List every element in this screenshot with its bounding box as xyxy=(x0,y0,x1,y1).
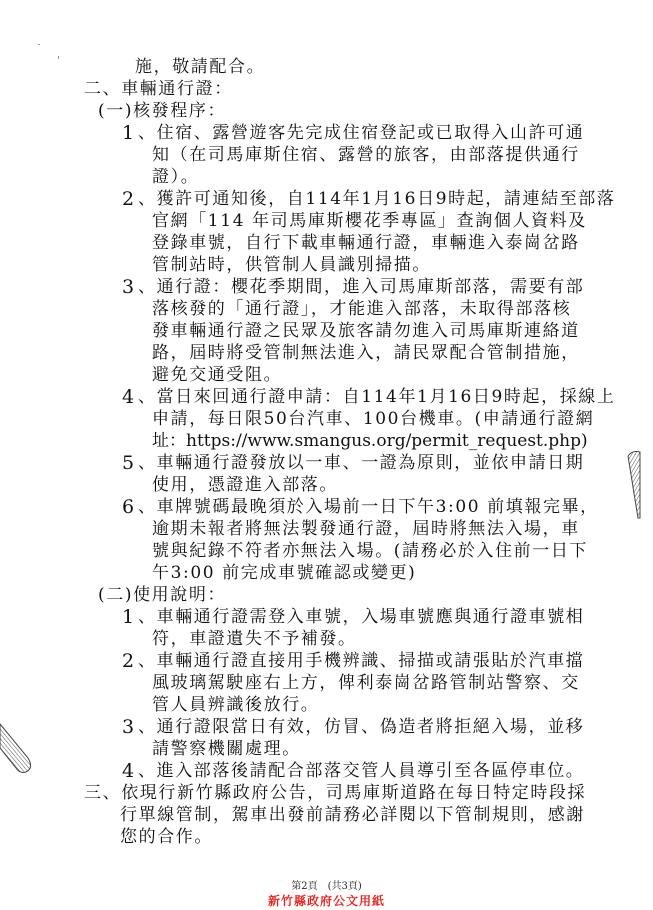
item-number: 2 xyxy=(122,188,134,210)
item-number: 1 xyxy=(122,122,134,144)
item-text: 知（在司馬庫斯住宿、露營的旅客，由部落提供通行 xyxy=(152,144,580,166)
item-number: 4 xyxy=(122,760,134,782)
item-text: 發車輛通行證之民眾及旅客請勿進入司馬庫斯連絡道 xyxy=(152,320,580,342)
subsection-heading: (一)核發程序： xyxy=(98,100,226,122)
item-text: 、進入部落後請配合部落交管人員導引至各區停車位。 xyxy=(138,760,584,782)
item-text: 、車輛通行證需登入車號，入場車號應與通行證車號相 xyxy=(138,606,584,628)
item-text: 請警察機關處理。 xyxy=(152,738,301,760)
item-text: 號與紀錄不符者亦無法入場。(請務必於入住前一日下 xyxy=(152,540,588,562)
item-text: 午3:00 前完成車號確認或變更) xyxy=(152,562,416,584)
subsection-heading: (二)使用說明： xyxy=(98,584,226,606)
item-text: 、住宿、露營遊客先完成住宿登記或已取得入山許可通 xyxy=(138,122,584,144)
item-number: 6 xyxy=(122,496,134,518)
item-text: 、車牌號碼最晚須於入場前一日下午3:00 前填報完畢， xyxy=(138,496,599,518)
section-heading: 二、車輛通行證： xyxy=(84,78,233,100)
item-text: 、通行證：櫻花季期間，進入司馬庫斯部落，需要有部 xyxy=(138,276,584,298)
page-indicator: 第2頁 (共3頁) xyxy=(0,877,653,892)
letterhead-label: 新竹縣政府公文用紙 xyxy=(0,892,653,909)
item-text: 符，車證遺失不予補發。 xyxy=(152,628,357,650)
item-number: 4 xyxy=(122,386,134,408)
item-number: 5 xyxy=(122,452,134,474)
item-text: 證）。 xyxy=(152,166,199,188)
item-text: 官網「114 年司馬庫斯櫻花季專區」查詢個人資料及 xyxy=(152,210,587,232)
item-text: 避免交通受阻。 xyxy=(152,364,282,386)
item-text: 管制站時，供管制人員識別掃描。 xyxy=(152,254,431,276)
item-number: 1 xyxy=(122,606,134,628)
item-number: 3 xyxy=(122,276,134,298)
scan-speck xyxy=(58,56,59,59)
item-text: 風玻璃駕駛座右上方，俾利泰崗岔路管制站警察、交 xyxy=(152,672,580,694)
item-text: 逾期未報者將無法製發通行證，屆時將無法入場，車 xyxy=(152,518,580,540)
item-text: 路，屆時將受管制無法進入，請民眾配合管制措施， xyxy=(152,342,580,364)
item-number: 2 xyxy=(122,650,134,672)
scan-speck xyxy=(38,44,40,45)
item-number: 3 xyxy=(122,716,134,738)
item-text: 、通行證限當日有效，仿冒、偽造者將拒絕入場，並移 xyxy=(138,716,584,738)
item-text: 、車輛通行證直接用手機辨識、掃描或請張貼於汽車擋 xyxy=(138,650,584,672)
permit-url-text: 址：https://www.smangus.org/permit_request… xyxy=(152,430,588,452)
item-text: 使用，憑證進入部落。 xyxy=(152,474,338,496)
item-text: 管人員辨識後放行。 xyxy=(152,694,319,716)
item-text: 、當日來回通行證申請：自114年1月16日9時起，採線上 xyxy=(138,386,616,408)
binding-mark-icon xyxy=(0,720,35,775)
item-text: 、獲許可通知後，自114年1月16日9時起，請連結至部落 xyxy=(138,188,616,210)
document-page: 施，敬請配合。 二、車輛通行證： (一)核發程序： 1 、住宿、露營遊客先完成住… xyxy=(0,0,653,910)
item-text: 、車輛通行證發放以一車、一證為原則，並依申請日期 xyxy=(138,452,584,474)
section-text: 三、依現行新竹縣政府公告，司馬庫斯道路在每日特定時段採 xyxy=(84,782,586,804)
binding-mark-icon xyxy=(627,450,641,520)
section-text: 您的合作。 xyxy=(120,826,213,848)
item-text: 落核發的「通行證」，才能進入部落，未取得部落核 xyxy=(152,298,571,320)
item-text: 登錄車號，自行下載車輛通行證，車輛進入泰崗岔路 xyxy=(152,232,580,254)
continuation-text: 施，敬請配合。 xyxy=(135,56,265,78)
section-text: 行單線管制，駕車出發前請務必詳閱以下管制規則，感謝 xyxy=(120,804,585,826)
item-text: 申請，每日限50台汽車、100台機車。(申請通行證網 xyxy=(152,408,594,430)
